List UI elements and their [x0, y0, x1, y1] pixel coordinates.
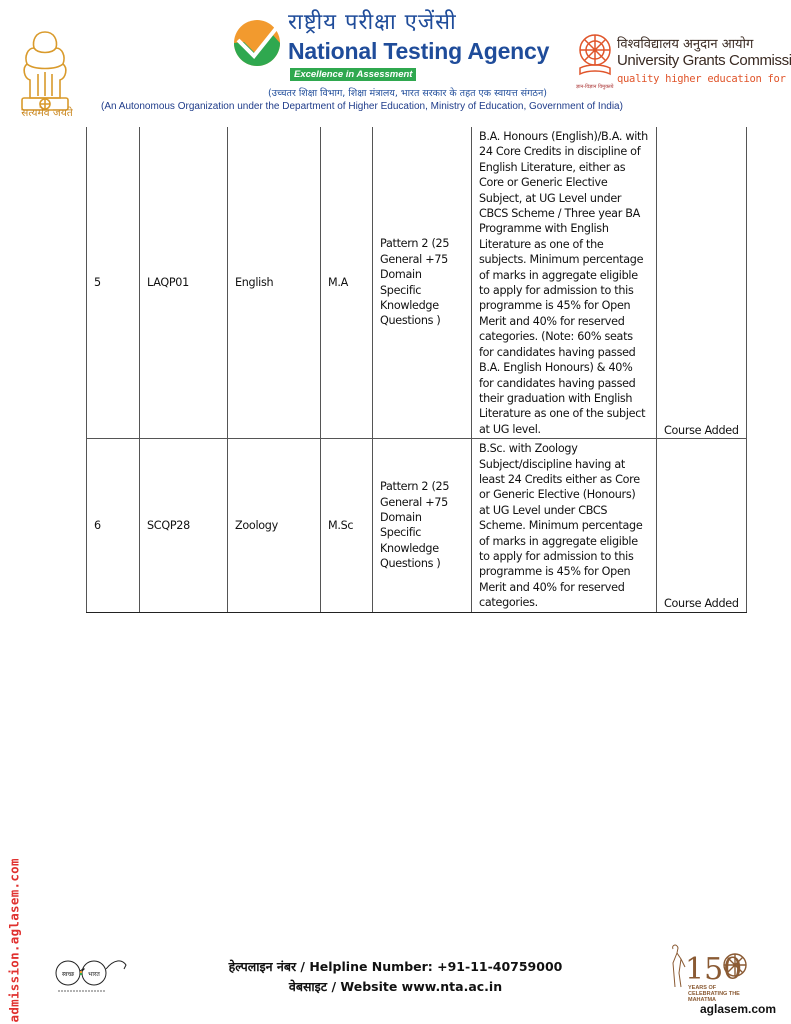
- gandhi-150-logo-icon: 150: [665, 943, 750, 991]
- course-table: 5 LAQP01 English M.A Pattern 2 (25 Gener…: [86, 127, 747, 613]
- pattern-cell: Pattern 2 (25 General +75 Domain Specifi…: [373, 439, 472, 612]
- nta-name-hindi: राष्ट्रीय परीक्षा एजेंसी: [288, 6, 457, 36]
- subject-cell: Zoology: [228, 439, 321, 612]
- subject-cell: English: [228, 127, 321, 439]
- ugc-name-hindi: विश्वविद्यालय अनुदान आयोग: [617, 34, 753, 52]
- paper-code-cell: LAQP01: [140, 127, 228, 439]
- aglasem-brand: aglasem.com: [700, 1002, 776, 1016]
- anniversary-text: YEARS OF CELEBRATING THE MAHATMA: [688, 985, 748, 1003]
- nta-tagline: Excellence in Assessment: [290, 68, 416, 81]
- degree-cell: M.A: [321, 127, 373, 439]
- table-row: 5 LAQP01 English M.A Pattern 2 (25 Gener…: [87, 127, 747, 439]
- pattern-cell: Pattern 2 (25 General +75 Domain Specifi…: [373, 127, 472, 439]
- nta-logo-icon: [232, 18, 282, 68]
- table-row: 6 SCQP28 Zoology M.Sc Pattern 2 (25 Gene…: [87, 439, 747, 612]
- ugc-logo-icon: [576, 32, 614, 82]
- emblem-caption: सत्यमेव जयते: [12, 106, 82, 120]
- anniversary-number: 150: [685, 952, 742, 987]
- ugc-tagline: quality higher education for all: [617, 73, 791, 85]
- eligibility-cell: B.Sc. with Zoology Subject/discipline ha…: [472, 439, 657, 612]
- ugc-motto: ज्ञान-विज्ञान विमुक्तये: [576, 84, 614, 90]
- nta-subtitle-english: (An Autonomous Organization under the De…: [101, 101, 623, 112]
- paper-code-cell: SCQP28: [140, 439, 228, 612]
- degree-cell: M.Sc: [321, 439, 373, 612]
- serial-number-cell: 5: [87, 127, 140, 439]
- nta-subtitle-hindi: (उच्चतर शिक्षा विभाग, शिक्षा मंत्रालय, भ…: [268, 86, 547, 99]
- nta-name: National Testing Agency: [288, 38, 549, 65]
- ugc-name: University Grants Commission: [617, 52, 791, 69]
- eligibility-cell: B.A. Honours (English)/B.A. with 24 Core…: [472, 127, 657, 439]
- status-cell: Course Added: [657, 127, 747, 439]
- serial-number-cell: 6: [87, 439, 140, 612]
- status-cell: Course Added: [657, 439, 747, 612]
